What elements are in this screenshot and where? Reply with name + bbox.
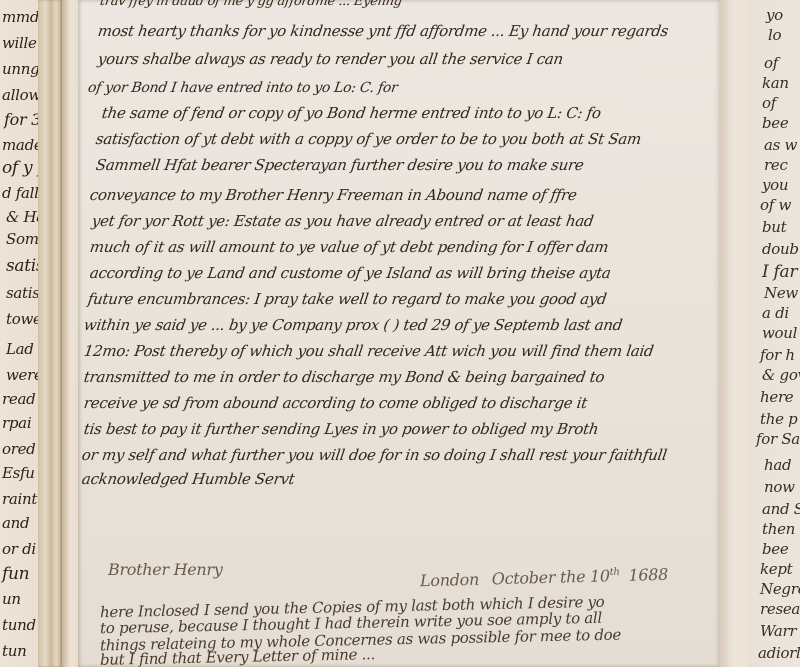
right-line: & gov (762, 366, 800, 384)
right-line: lo (768, 26, 781, 44)
letter-salutation: Brother Henry (108, 560, 223, 579)
left-line: tun (2, 642, 26, 660)
page-fold-edge (38, 0, 62, 667)
right-line: a di (762, 304, 789, 322)
right-line: had (764, 456, 791, 474)
right-line: yo (766, 6, 783, 24)
right-line: then (762, 520, 795, 538)
left-line: fun (2, 564, 29, 584)
left-line: read (2, 390, 35, 408)
right-page-text: yo lo of kan of bee as w rec you of w bu… (752, 0, 800, 667)
right-line: now (764, 478, 795, 496)
main-manuscript-page: trav ffey in daud of me y gg affordme ..… (78, 0, 720, 667)
left-line: rpai (2, 414, 31, 432)
left-line: raint (2, 490, 37, 508)
right-line: of (764, 54, 778, 72)
right-line: bee (762, 114, 788, 132)
right-line: research (760, 600, 800, 618)
left-line: tund (2, 616, 36, 634)
right-line: New (764, 284, 798, 302)
right-line: woul (762, 324, 797, 342)
letter-date: October the 10 (492, 566, 611, 588)
right-line: of w (760, 196, 791, 214)
letter-place: London (420, 570, 479, 591)
left-line: towe (6, 310, 42, 328)
letter-1688: Brother Henry London October the 10th 16… (78, 0, 720, 667)
right-line: of (762, 94, 776, 112)
right-line: for h (760, 346, 795, 364)
right-line: Negroe (760, 580, 800, 598)
left-line: allow (2, 86, 41, 104)
letter-year: 1688 (628, 565, 668, 585)
left-line: Esfu (2, 464, 35, 482)
right-line: kept (760, 560, 792, 578)
letter-dateline: London October the 10th 1688 (420, 565, 668, 590)
right-line: Warr a (760, 622, 800, 640)
right-line: bee (762, 540, 788, 558)
right-line: the p (760, 410, 797, 428)
left-line: un (2, 590, 21, 608)
right-line: but (762, 218, 786, 236)
right-line: and S (762, 500, 800, 518)
letter-date-suffix: th (610, 567, 620, 578)
right-line: kan (762, 74, 789, 92)
right-line: adiorly (758, 644, 800, 662)
right-line: doub (762, 240, 799, 258)
right-line: as w (764, 136, 797, 154)
left-line: Lad (6, 340, 34, 358)
right-line: rec (764, 156, 788, 174)
left-line: or di (2, 540, 36, 558)
left-line: ored (2, 440, 35, 458)
right-line: I far (762, 262, 797, 282)
right-line: for Sa (756, 430, 800, 448)
left-line: made (2, 136, 42, 154)
left-line: and (2, 514, 29, 532)
right-page-fragment: yo lo of kan of bee as w rec you of w bu… (752, 0, 800, 667)
right-line: here (760, 388, 793, 406)
right-line: you (762, 176, 788, 194)
